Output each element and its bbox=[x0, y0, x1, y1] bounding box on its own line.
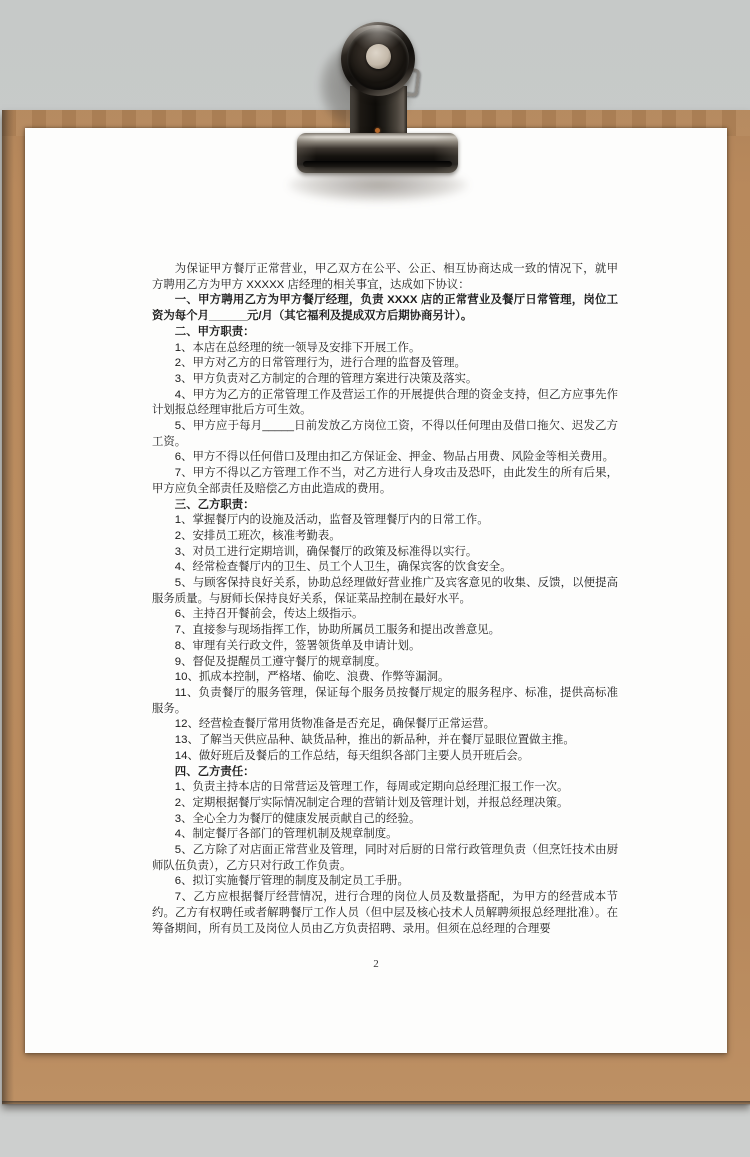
paragraph: 一、甲方聘用乙方为甲方餐厅经理，负责 XXXX 店的正常营业及餐厅日常管理，岗位… bbox=[152, 293, 618, 324]
paragraph: 6、主持召开餐前会，传达上级指示。 bbox=[152, 607, 618, 623]
clip-rivet-dot bbox=[375, 128, 380, 133]
board-left-shadow bbox=[2, 110, 14, 1104]
paragraph: 7、乙方应根据餐厅经营情况，进行合理的岗位人员及数量搭配，为甲方的经营成本节约。… bbox=[152, 890, 618, 937]
paragraph: 7、直接参与现场指挥工作，协助所属员工服务和提出改善意见。 bbox=[152, 623, 618, 639]
paragraph: 3、对员工进行定期培训，确保餐厅的政策及标准得以实行。 bbox=[152, 545, 618, 561]
paragraph: 9、督促及提醒员工遵守餐厅的规章制度。 bbox=[152, 655, 618, 671]
document-page: 为保证甲方餐厅正常营业，甲乙双方在公平、公正、相互协商达成一致的情况下，就甲方聘… bbox=[25, 128, 727, 1053]
paragraph: 3、甲方负责对乙方制定的合理的管理方案进行决策及落实。 bbox=[152, 372, 618, 388]
paragraph: 10、抓成本控制，严格堵、偷吃、浪费、作弊等漏洞。 bbox=[152, 670, 618, 686]
paragraph: 2、安排员工班次，核准考勤表。 bbox=[152, 529, 618, 545]
paragraph: 5、与顾客保持良好关系，协助总经理做好营业推广及宾客意见的收集、反馈，以便提高服… bbox=[152, 576, 618, 607]
clip-coil-hole bbox=[366, 44, 391, 69]
paragraph: 1、掌握餐厅内的设施及活动，监督及管理餐厅内的日常工作。 bbox=[152, 513, 618, 529]
paragraph: 1、本店在总经理的统一领导及安排下开展工作。 bbox=[152, 341, 618, 357]
paragraph: 为保证甲方餐厅正常营业，甲乙双方在公平、公正、相互协商达成一致的情况下，就甲方聘… bbox=[152, 262, 618, 293]
paragraph: 4、经常检查餐厅内的卫生、员工个人卫生，确保宾客的饮食安全。 bbox=[152, 560, 618, 576]
section-heading: 三、乙方职责： bbox=[152, 498, 618, 514]
paragraph: 3、全心全力为餐厅的健康发展贡献自己的经验。 bbox=[152, 812, 618, 828]
paragraph: 2、甲方对乙方的日常管理行为，进行合理的监督及管理。 bbox=[152, 356, 618, 372]
paragraph: 13、了解当天供应品种、缺货品种，推出的新品种，并在餐厅显眼位置做主推。 bbox=[152, 733, 618, 749]
clip-shadow-on-paper bbox=[288, 168, 468, 202]
section-heading: 二、甲方职责： bbox=[152, 325, 618, 341]
page-number: 2 bbox=[25, 958, 727, 970]
paragraph: 4、甲方为乙方的正常管理工作及营运工作的开展提供合理的资金支持，但乙方应事先作计… bbox=[152, 388, 618, 419]
paragraph: 6、拟订实施餐厅管理的制度及制定员工手册。 bbox=[152, 874, 618, 890]
section-heading: 四、乙方责任： bbox=[152, 765, 618, 781]
paragraph: 5、甲方应于每月_____日前发放乙方岗位工资，不得以任何理由及借口拖欠、迟发乙… bbox=[152, 419, 618, 450]
paragraph: 14、做好班后及餐后的工作总结，每天组织各部门主要人员开班后会。 bbox=[152, 749, 618, 765]
paragraph: 2、定期根据餐厅实际情况制定合理的营销计划及管理计划，并报总经理决策。 bbox=[152, 796, 618, 812]
paragraph: 5、乙方除了对店面正常营业及管理，同时对后厨的日常行政管理负责（但烹饪技术由厨师… bbox=[152, 843, 618, 874]
paragraph: 11、负责餐厅的服务管理，保证每个服务员按餐厅规定的服务程序、标准，提供高标准服… bbox=[152, 686, 618, 717]
paragraph: 7、甲方不得以乙方管理工作不当，对乙方进行人身攻击及恐吓，由此发生的所有后果，甲… bbox=[152, 466, 618, 497]
clip-jaw bbox=[297, 133, 458, 173]
backdrop: 为保证甲方餐厅正常营业，甲乙双方在公平、公正、相互协商达成一致的情况下，就甲方聘… bbox=[0, 0, 750, 1157]
paragraph: 8、审理有关行政文件，签署领货单及申请计划。 bbox=[152, 639, 618, 655]
paragraph: 12、经营检查餐厅常用货物准备是否充足，确保餐厅正常运营。 bbox=[152, 717, 618, 733]
paragraph: 1、负责主持本店的日常营运及管理工作，每周或定期向总经理汇报工作一次。 bbox=[152, 780, 618, 796]
paragraph: 4、制定餐厅各部门的管理机制及规章制度。 bbox=[152, 827, 618, 843]
paragraph: 6、甲方不得以任何借口及理由扣乙方保证金、押金、物品占用费、风险金等相关费用。 bbox=[152, 450, 618, 466]
clip-coil bbox=[341, 22, 415, 96]
document-body: 为保证甲方餐厅正常营业，甲乙双方在公平、公正、相互协商达成一致的情况下，就甲方聘… bbox=[152, 262, 618, 937]
